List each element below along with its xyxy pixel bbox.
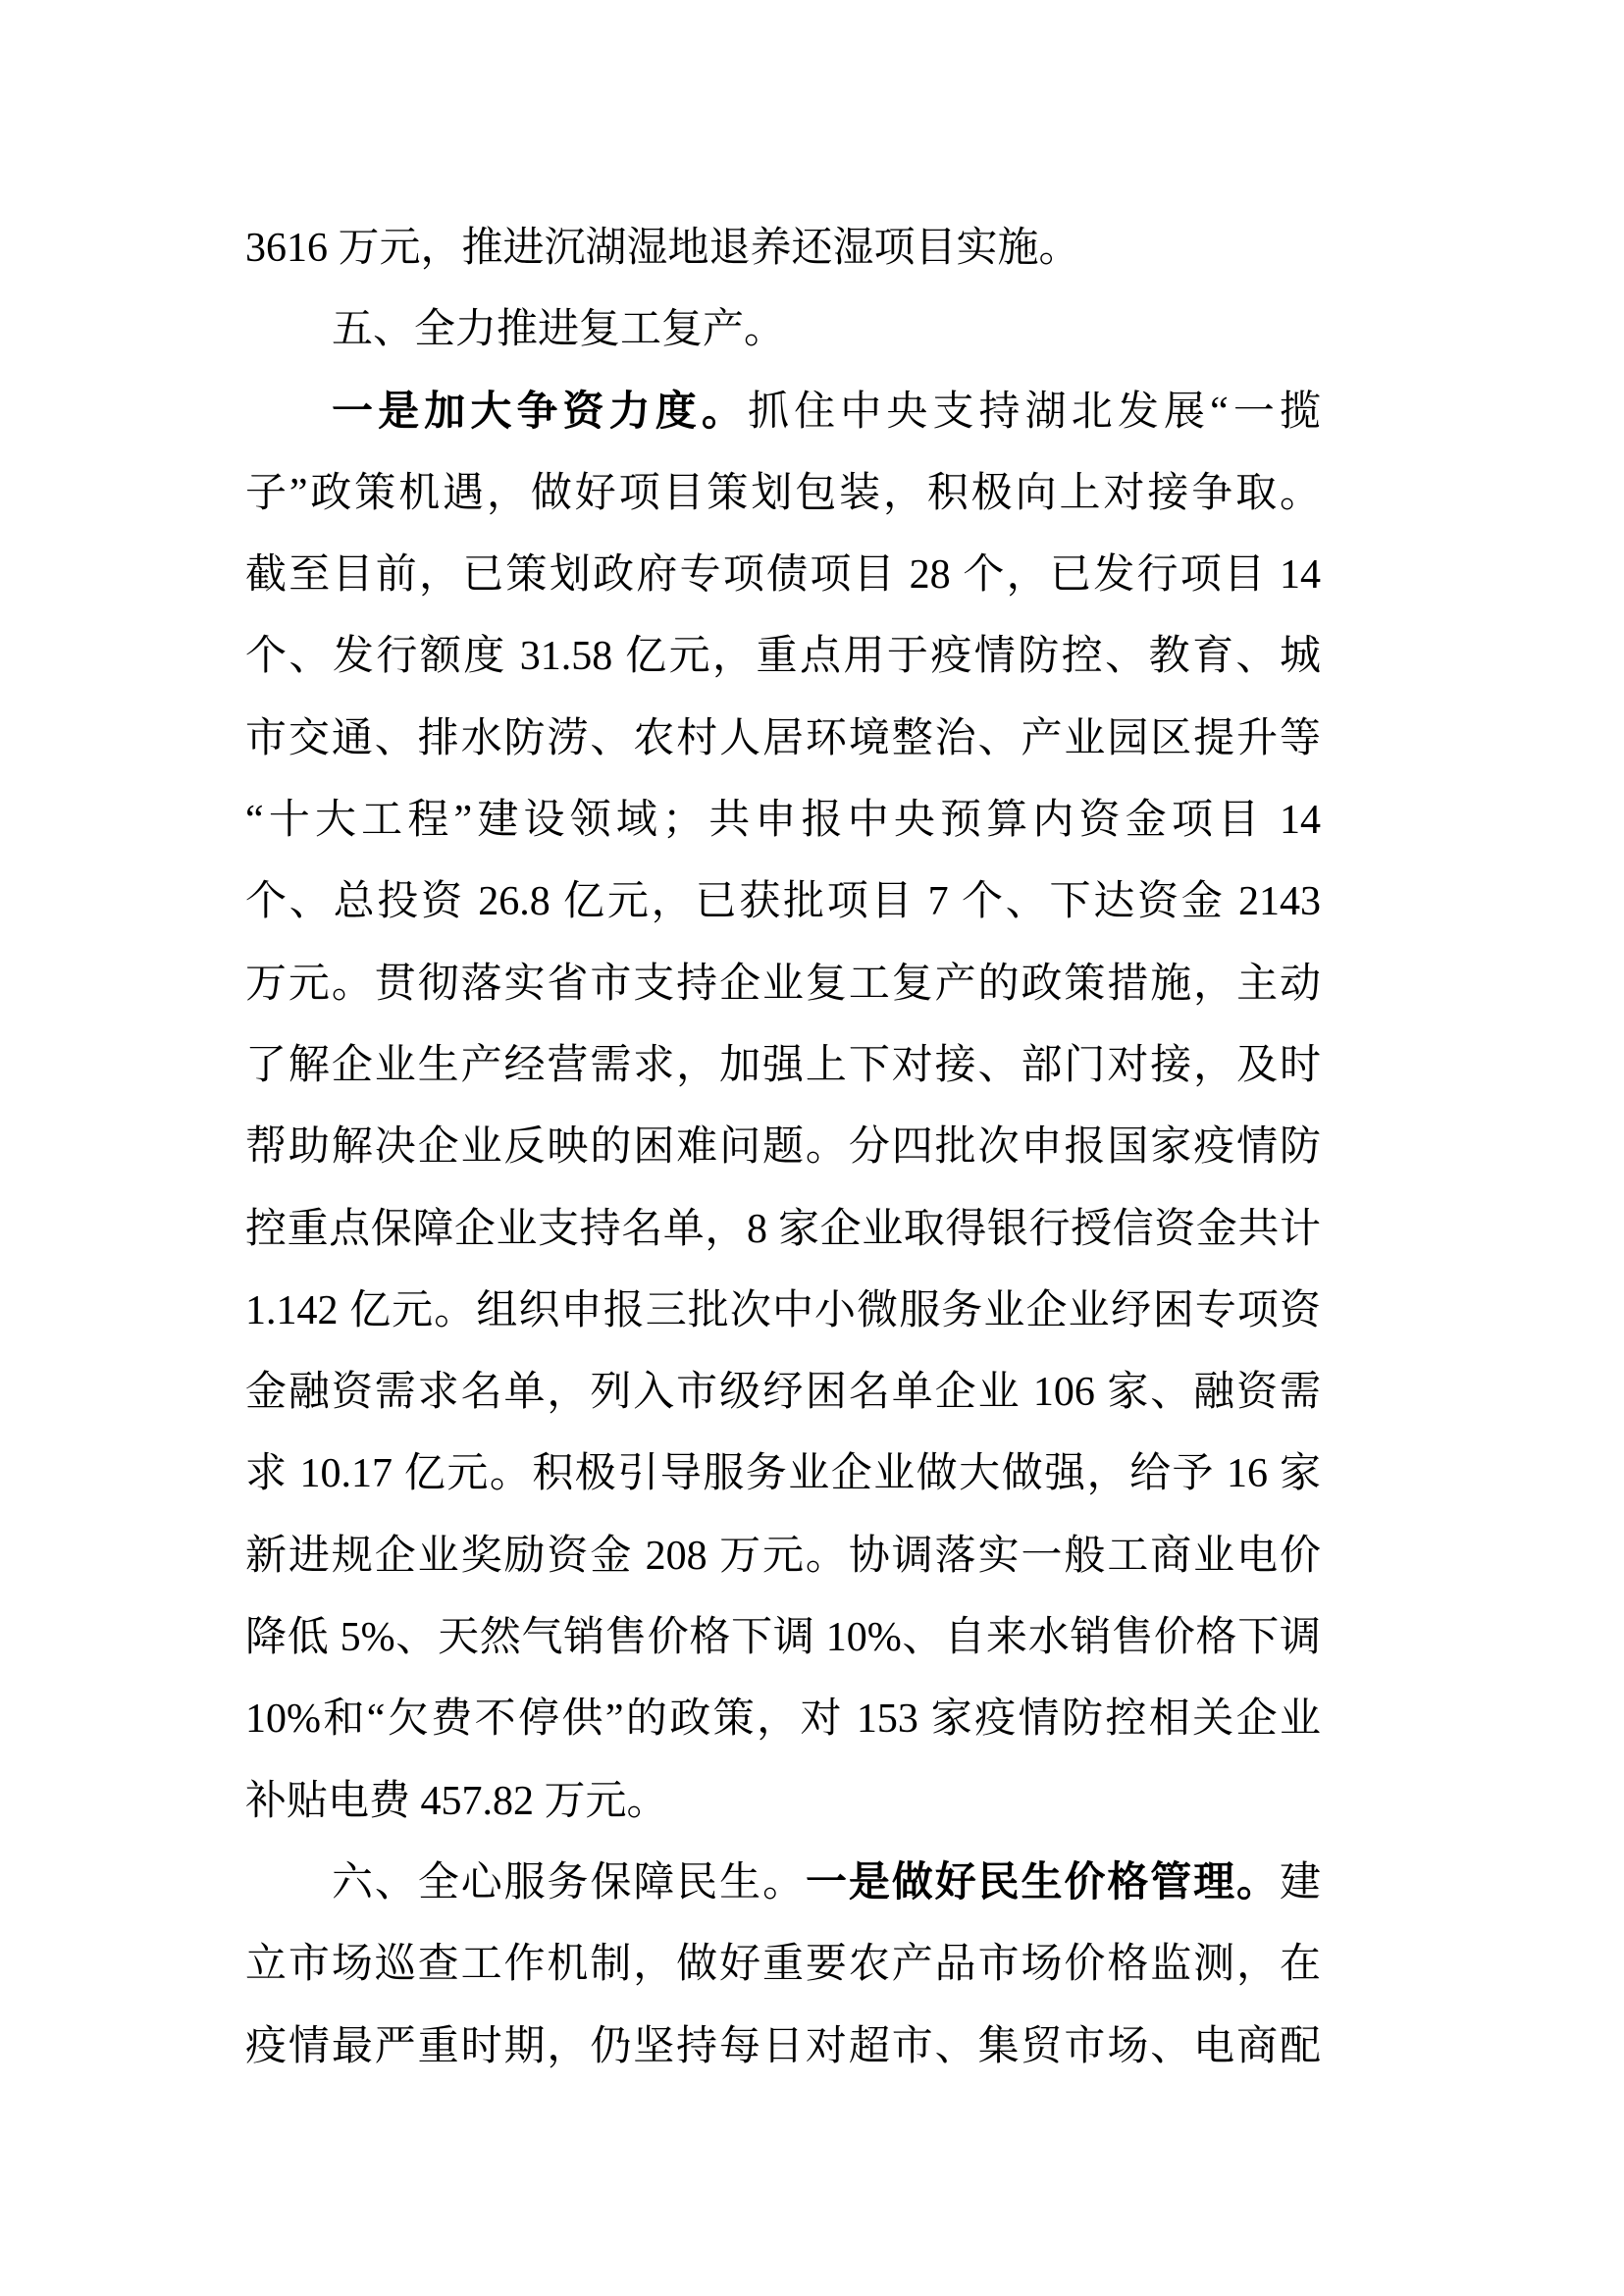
text-run: 金融资需求名单，列入市级纾困名单企业 106 家、融资需 <box>245 1370 1321 1415</box>
text-line: 个、发行额度 31.58 亿元，重点用于疫情防控、教育、城 <box>245 616 1321 698</box>
text-line: 子”政策机遇，做好项目策划包装，积极向上对接争取。 <box>245 453 1321 535</box>
text-run: 六、全心服务保障民生。 <box>332 1860 806 1905</box>
text-line: 五、全力推进复工复产。 <box>245 289 1321 371</box>
text-line: 六、全心服务保障民生。一是做好民生价格管理。建 <box>245 1843 1321 1924</box>
text-run: 个、总投资 26.8 亿元，已获批项目 7 个、下达资金 2143 <box>245 879 1321 924</box>
text-run: 帮助解决企业反映的困难问题。分四批次申报国家疫情防 <box>245 1124 1321 1170</box>
text-run: “十大工程”建设领域；共申报中央预算内资金项目 14 <box>245 798 1321 843</box>
text-run: 求 10.17 亿元。积极引导服务业企业做大做强，给予 16 家 <box>245 1451 1321 1496</box>
text-line: 求 10.17 亿元。积极引导服务业企业做大做强，给予 16 家 <box>245 1434 1321 1515</box>
text-run: 新进规企业奖励资金 208 万元。协调落实一般工商业电价 <box>245 1534 1321 1579</box>
para-section-5-heading: 五、全力推进复工复产。 <box>245 289 1321 371</box>
para-section-6: 六、全心服务保障民生。一是做好民生价格管理。建立市场巡查工作机制，做好重要农产品… <box>245 1843 1321 2088</box>
text-line: 个、总投资 26.8 亿元，已获批项目 7 个、下达资金 2143 <box>245 861 1321 943</box>
text-line: 控重点保障企业支持名单，8 家企业取得银行授信资金共计 <box>245 1189 1321 1271</box>
text-run: 了解企业生产经营需求，加强上下对接、部门对接，及时 <box>245 1043 1321 1088</box>
text-run: 控重点保障企业支持名单，8 家企业取得银行授信资金共计 <box>245 1207 1321 1252</box>
text-line: 一是加大争资力度。抓住中央支持湖北发展“一揽 <box>245 372 1321 453</box>
text-line: 降低 5%、天然气销售价格下调 10%、自来水销售价格下调 <box>245 1597 1321 1679</box>
text-line: 10%和“欠费不停供”的政策，对 153 家疫情防控相关企业 <box>245 1679 1321 1760</box>
text-run: 截至目前，已策划政府专项债项目 28 个，已发行项目 14 <box>245 552 1321 598</box>
para-section-5-item-1: 一是加大争资力度。抓住中央支持湖北发展“一揽子”政策机遇，做好项目策划包装，积极… <box>245 372 1321 1843</box>
para-continuation-wetland: 3616 万元，推进沉湖湿地退养还湿项目实施。 <box>245 208 1321 289</box>
text-run-bold: 一是加大争资力度。 <box>332 390 748 435</box>
text-run: 10%和“欠费不停供”的政策，对 153 家疫情防控相关企业 <box>245 1696 1321 1742</box>
text-line: 疫情最严重时期，仍坚持每日对超市、集贸市场、电商配 <box>245 2007 1321 2088</box>
document-page: 3616 万元，推进沉湖湿地退养还湿项目实施。五、全力推进复工复产。一是加大争资… <box>0 0 1624 2296</box>
text-run: 五、全力推进复工复产。 <box>332 307 785 352</box>
text-line: 了解企业生产经营需求，加强上下对接、部门对接，及时 <box>245 1025 1321 1107</box>
text-run: 子”政策机遇，做好项目策划包装，积极向上对接争取。 <box>245 471 1321 516</box>
text-run: 建 <box>1280 1860 1321 1905</box>
text-run: 疫情最严重时期，仍坚持每日对超市、集贸市场、电商配 <box>245 2024 1321 2069</box>
text-line: 立市场巡查工作机制，做好重要农产品市场价格监测，在 <box>245 1924 1321 2006</box>
text-run: 降低 5%、天然气销售价格下调 10%、自来水销售价格下调 <box>245 1615 1321 1660</box>
text-line: 万元。贯彻落实省市支持企业复工复产的政策措施，主动 <box>245 944 1321 1025</box>
text-run: 1.142 亿元。组织申报三批次中小微服务业企业纾困专项资 <box>245 1288 1321 1333</box>
text-run: 立市场巡查工作机制，做好重要农产品市场价格监测，在 <box>245 1942 1321 1987</box>
text-run: 抓住中央支持湖北发展“一揽 <box>748 390 1321 435</box>
text-run: 个、发行额度 31.58 亿元，重点用于疫情防控、教育、城 <box>245 634 1321 679</box>
text-line: “十大工程”建设领域；共申报中央预算内资金项目 14 <box>245 780 1321 861</box>
text-line: 3616 万元，推进沉湖湿地退养还湿项目实施。 <box>245 208 1321 289</box>
text-line: 市交通、排水防涝、农村人居环境整治、产业园区提升等 <box>245 699 1321 780</box>
text-run: 市交通、排水防涝、农村人居环境整治、产业园区提升等 <box>245 716 1321 761</box>
text-line: 补贴电费 457.82 万元。 <box>245 1761 1321 1843</box>
text-run-bold: 一是做好民生价格管理。 <box>806 1860 1280 1905</box>
text-line: 截至目前，已策划政府专项债项目 28 个，已发行项目 14 <box>245 535 1321 616</box>
text-block: 3616 万元，推进沉湖湿地退养还湿项目实施。五、全力推进复工复产。一是加大争资… <box>245 208 1321 2088</box>
text-run: 万元。贯彻落实省市支持企业复工复产的政策措施，主动 <box>245 962 1321 1007</box>
text-line: 1.142 亿元。组织申报三批次中小微服务业企业纾困专项资 <box>245 1271 1321 1352</box>
text-run: 3616 万元，推进沉湖湿地退养还湿项目实施。 <box>245 226 1080 271</box>
text-line: 新进规企业奖励资金 208 万元。协调落实一般工商业电价 <box>245 1516 1321 1597</box>
text-run: 补贴电费 457.82 万元。 <box>245 1779 668 1824</box>
text-line: 金融资需求名单，列入市级纾困名单企业 106 家、融资需 <box>245 1352 1321 1434</box>
text-line: 帮助解决企业反映的困难问题。分四批次申报国家疫情防 <box>245 1107 1321 1188</box>
